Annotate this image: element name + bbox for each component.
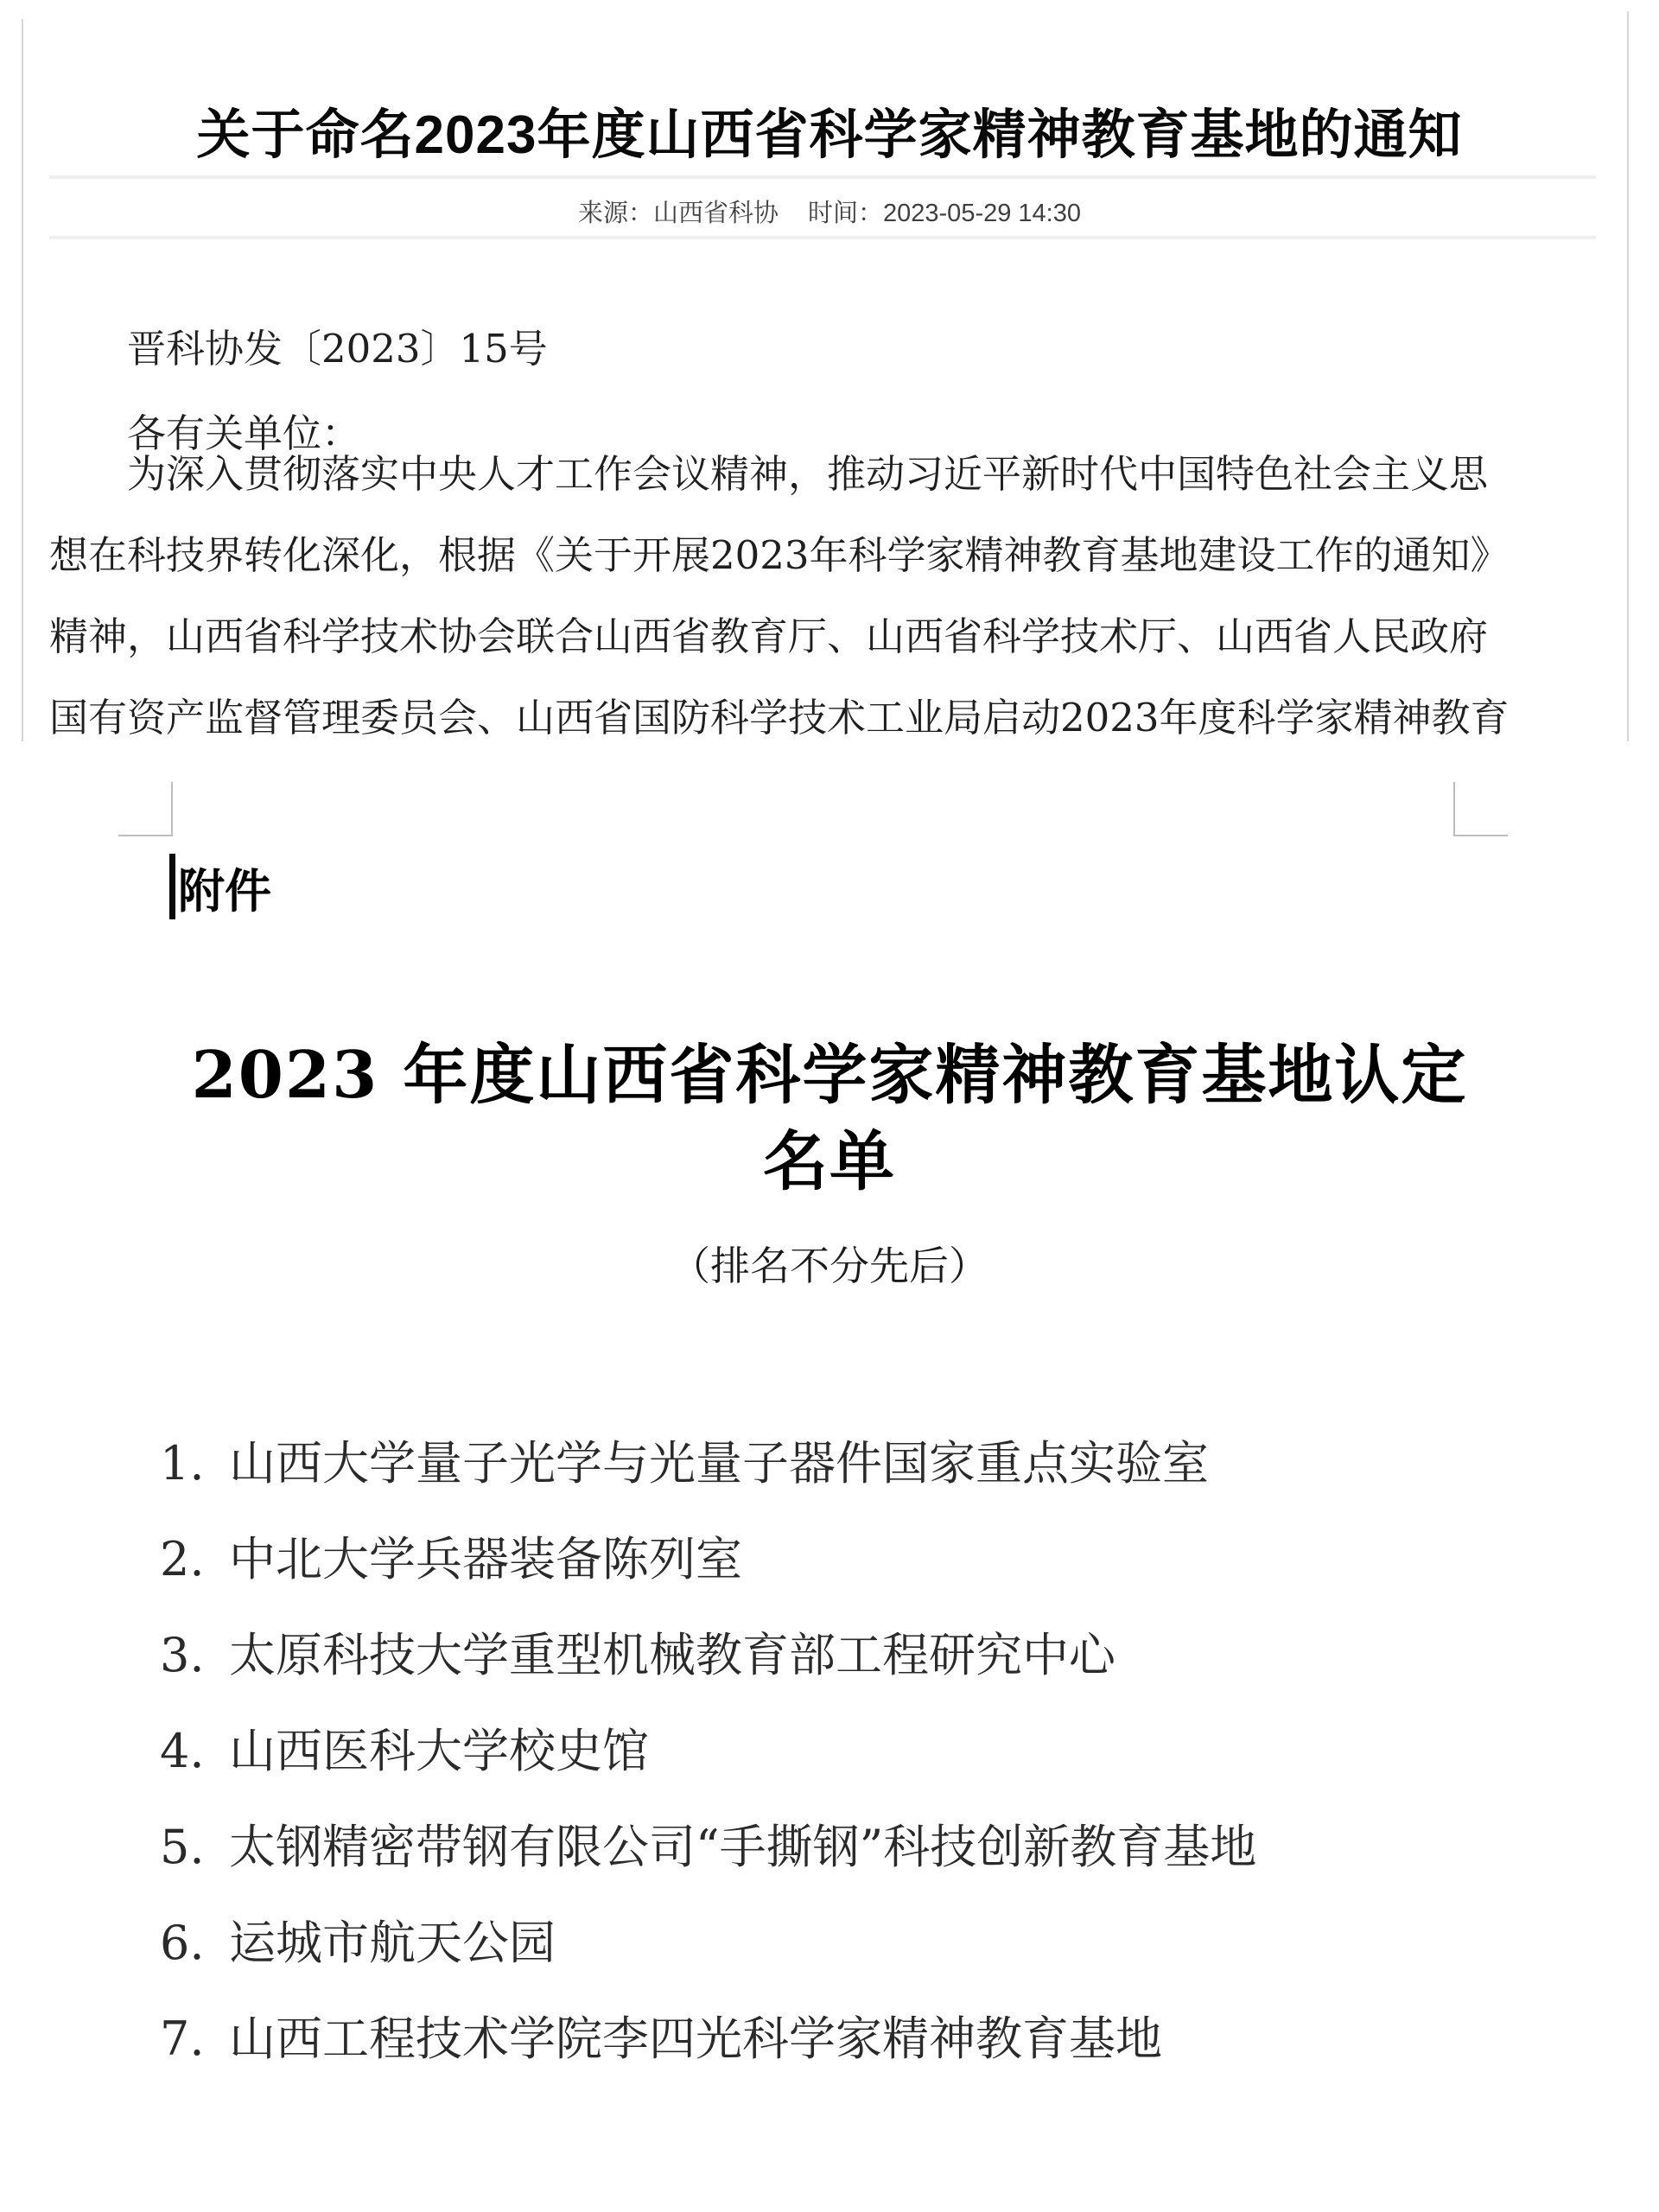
list-item: 2. 中北大学兵器装备陈列室 (160, 1532, 1542, 1628)
list-item: 5. 太钢精密带钢有限公司“手撕钢”科技创新教育基地 (160, 1820, 1542, 1916)
article-meta: 来源：山西省科协时间：2023-05-29 14:30 (0, 194, 1659, 229)
body-line: 国有资产监督管理委员会、山西省国防科学技术工业局启动2023年度科学家精神教育 (49, 677, 1615, 759)
text-cursor (169, 854, 175, 919)
attachment-heading: 2023 年度山西省科学家精神教育基地认定 名单 (69, 1032, 1590, 1205)
list-item: 4. 山西医科大学校史馆 (160, 1724, 1542, 1820)
list-item-number: 7. (160, 2012, 229, 2067)
attachment-label: 附件 (169, 854, 271, 921)
list-item: 6. 运城市航天公园 (160, 1916, 1542, 2012)
meta-time: 时间：2023-05-29 14:30 (808, 200, 1081, 227)
list-item-text: 山西工程技术学院李四光科学家精神教育基地 (229, 2012, 1162, 2067)
list-item-number: 4. (160, 1724, 229, 1779)
meta-divider-top (49, 175, 1596, 179)
list-item-number: 5. (160, 1820, 229, 1875)
body-line: 为深入贯彻落实中央人才工作会议精神，推动习近平新时代中国特色社会主义思 (49, 434, 1615, 515)
attachment-label-text: 附件 (178, 863, 271, 918)
notice-page: 关于命名2023年度山西省科学家精神教育基地的通知 来源：山西省科协时间：202… (0, 0, 1659, 2212)
meta-source: 来源：山西省科协 (578, 200, 779, 227)
list-item-text: 中北大学兵器装备陈列室 (229, 1532, 742, 1587)
attachment-subtitle: （排名不分先后） (0, 1241, 1659, 1293)
page-title: 关于命名2023年度山西省科学家精神教育基地的通知 (52, 102, 1607, 169)
list-item-number: 3. (160, 1628, 229, 1683)
meta-divider-bottom (49, 236, 1596, 239)
list-item-number: 2. (160, 1532, 229, 1587)
list-item-text: 运城市航天公园 (229, 1916, 556, 1971)
list-item-text: 太原科技大学重型机械教育部工程研究中心 (229, 1628, 1116, 1683)
doc-number: 晋科协发〔2023〕15号 (49, 317, 1613, 373)
base-list: 1. 山西大学量子光学与光量子器件国家重点实验室 2. 中北大学兵器装备陈列室 … (160, 1436, 1542, 2107)
article-right-border (1627, 11, 1629, 741)
list-item: 3. 太原科技大学重型机械教育部工程研究中心 (160, 1628, 1542, 1724)
list-item-number: 1. (160, 1436, 229, 1491)
list-item: 7. 山西工程技术学院李四光科学家精神教育基地 (160, 2012, 1542, 2107)
body-line: 想在科技界转化深化，根据《关于开展2023年科学家精神教育基地建设工作的通知》 (49, 515, 1615, 596)
attachment-heading-line2: 名单 (69, 1118, 1590, 1205)
list-item: 1. 山西大学量子光学与光量子器件国家重点实验室 (160, 1436, 1542, 1532)
page-corner-mark-left (118, 782, 173, 836)
article-left-border (22, 19, 23, 741)
body-line: 精神，山西省科学技术协会联合山西省教育厅、山西省科学技术厅、山西省人民政府 (49, 596, 1615, 677)
list-item-text: 山西医科大学校史馆 (229, 1724, 649, 1779)
list-item-number: 6. (160, 1916, 229, 1971)
list-item-text: 太钢精密带钢有限公司“手撕钢”科技创新教育基地 (229, 1820, 1256, 1875)
page-corner-mark-right (1453, 782, 1508, 836)
list-item-text: 山西大学量子光学与光量子器件国家重点实验室 (229, 1436, 1209, 1491)
body-paragraph: 为深入贯彻落实中央人才工作会议精神，推动习近平新时代中国特色社会主义思 想在科技… (49, 434, 1615, 760)
attachment-heading-line1: 2023 年度山西省科学家精神教育基地认定 (69, 1032, 1590, 1118)
